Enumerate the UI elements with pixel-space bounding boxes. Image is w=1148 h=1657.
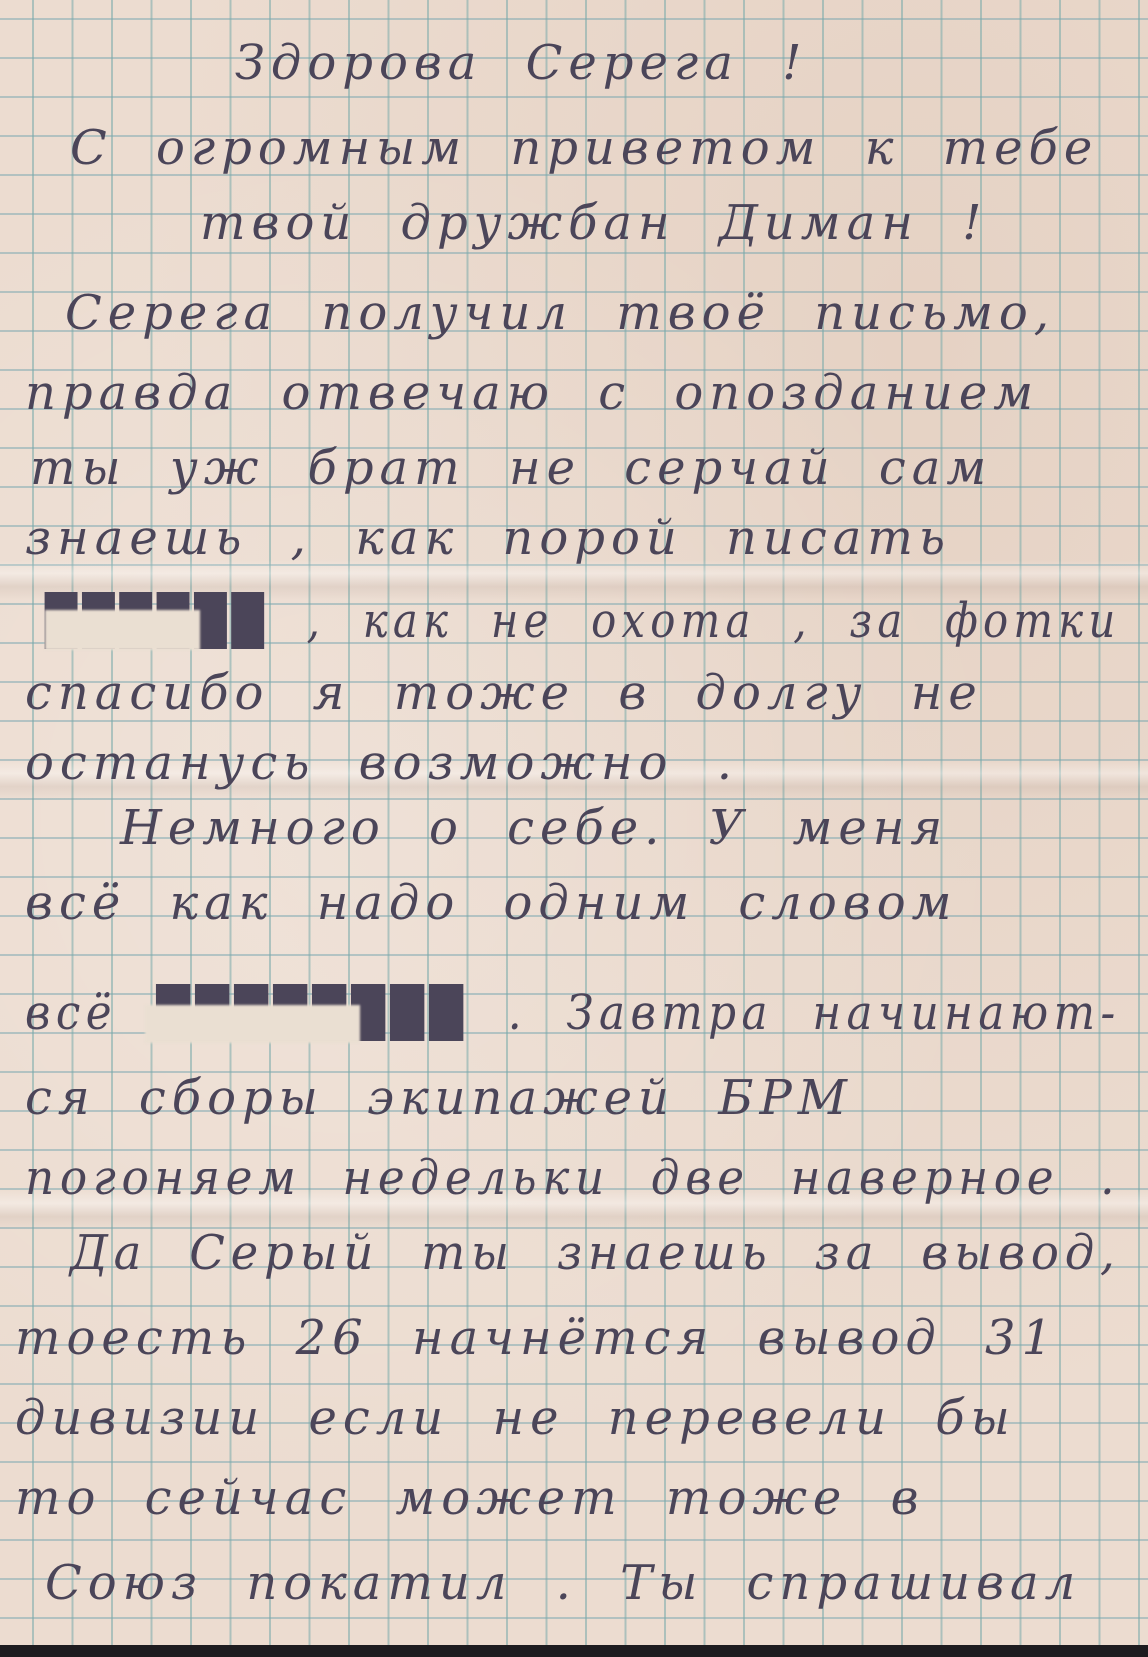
paragraph-start-line: Немного о себе. У меня	[120, 800, 948, 856]
greeting-line: Здорова Серега !	[235, 35, 807, 91]
letter-line: знаешь , как порой писать	[25, 510, 951, 566]
letter-line: всё как надо одним словом	[25, 875, 957, 931]
paragraph-start-line: Да Серый ты знаешь за вывод,	[70, 1225, 1121, 1281]
letter-sheet: Здорова Серега ! С огромным приветом к т…	[0, 0, 1148, 1645]
redaction-patch	[145, 1005, 360, 1043]
letter-line: тоесть 26 начнётся вывод 31	[15, 1310, 1058, 1366]
signature-line: твой дружбан Диман !	[200, 195, 987, 251]
letter-line: спасибо я тоже в долгу не	[25, 665, 983, 721]
scan-edge	[0, 1645, 1148, 1657]
letter-line: погоняем недельки две наверное .	[25, 1150, 1120, 1206]
letter-line: ся сборы экипажей БРМ	[25, 1070, 853, 1126]
letter-line: то сейчас может тоже в	[15, 1470, 925, 1526]
letter-line: Серега получил твоё письмо,	[65, 285, 1055, 341]
letter-line: останусь возможно .	[25, 735, 738, 791]
letter-line: ты уж брат не серчай сам	[30, 440, 992, 496]
letter-line: С огромным приветом к тебе	[70, 120, 1098, 176]
letter-line: правда отвечаю с опозданием	[25, 365, 1039, 421]
letter-line: Союз покатил . Ты спрашивал	[45, 1555, 1081, 1611]
redaction-patch	[45, 610, 200, 650]
letter-line: ██████ , как не охота , за фотки	[45, 593, 1120, 649]
letter-line: дивизии если не перевели бы	[15, 1390, 1016, 1446]
